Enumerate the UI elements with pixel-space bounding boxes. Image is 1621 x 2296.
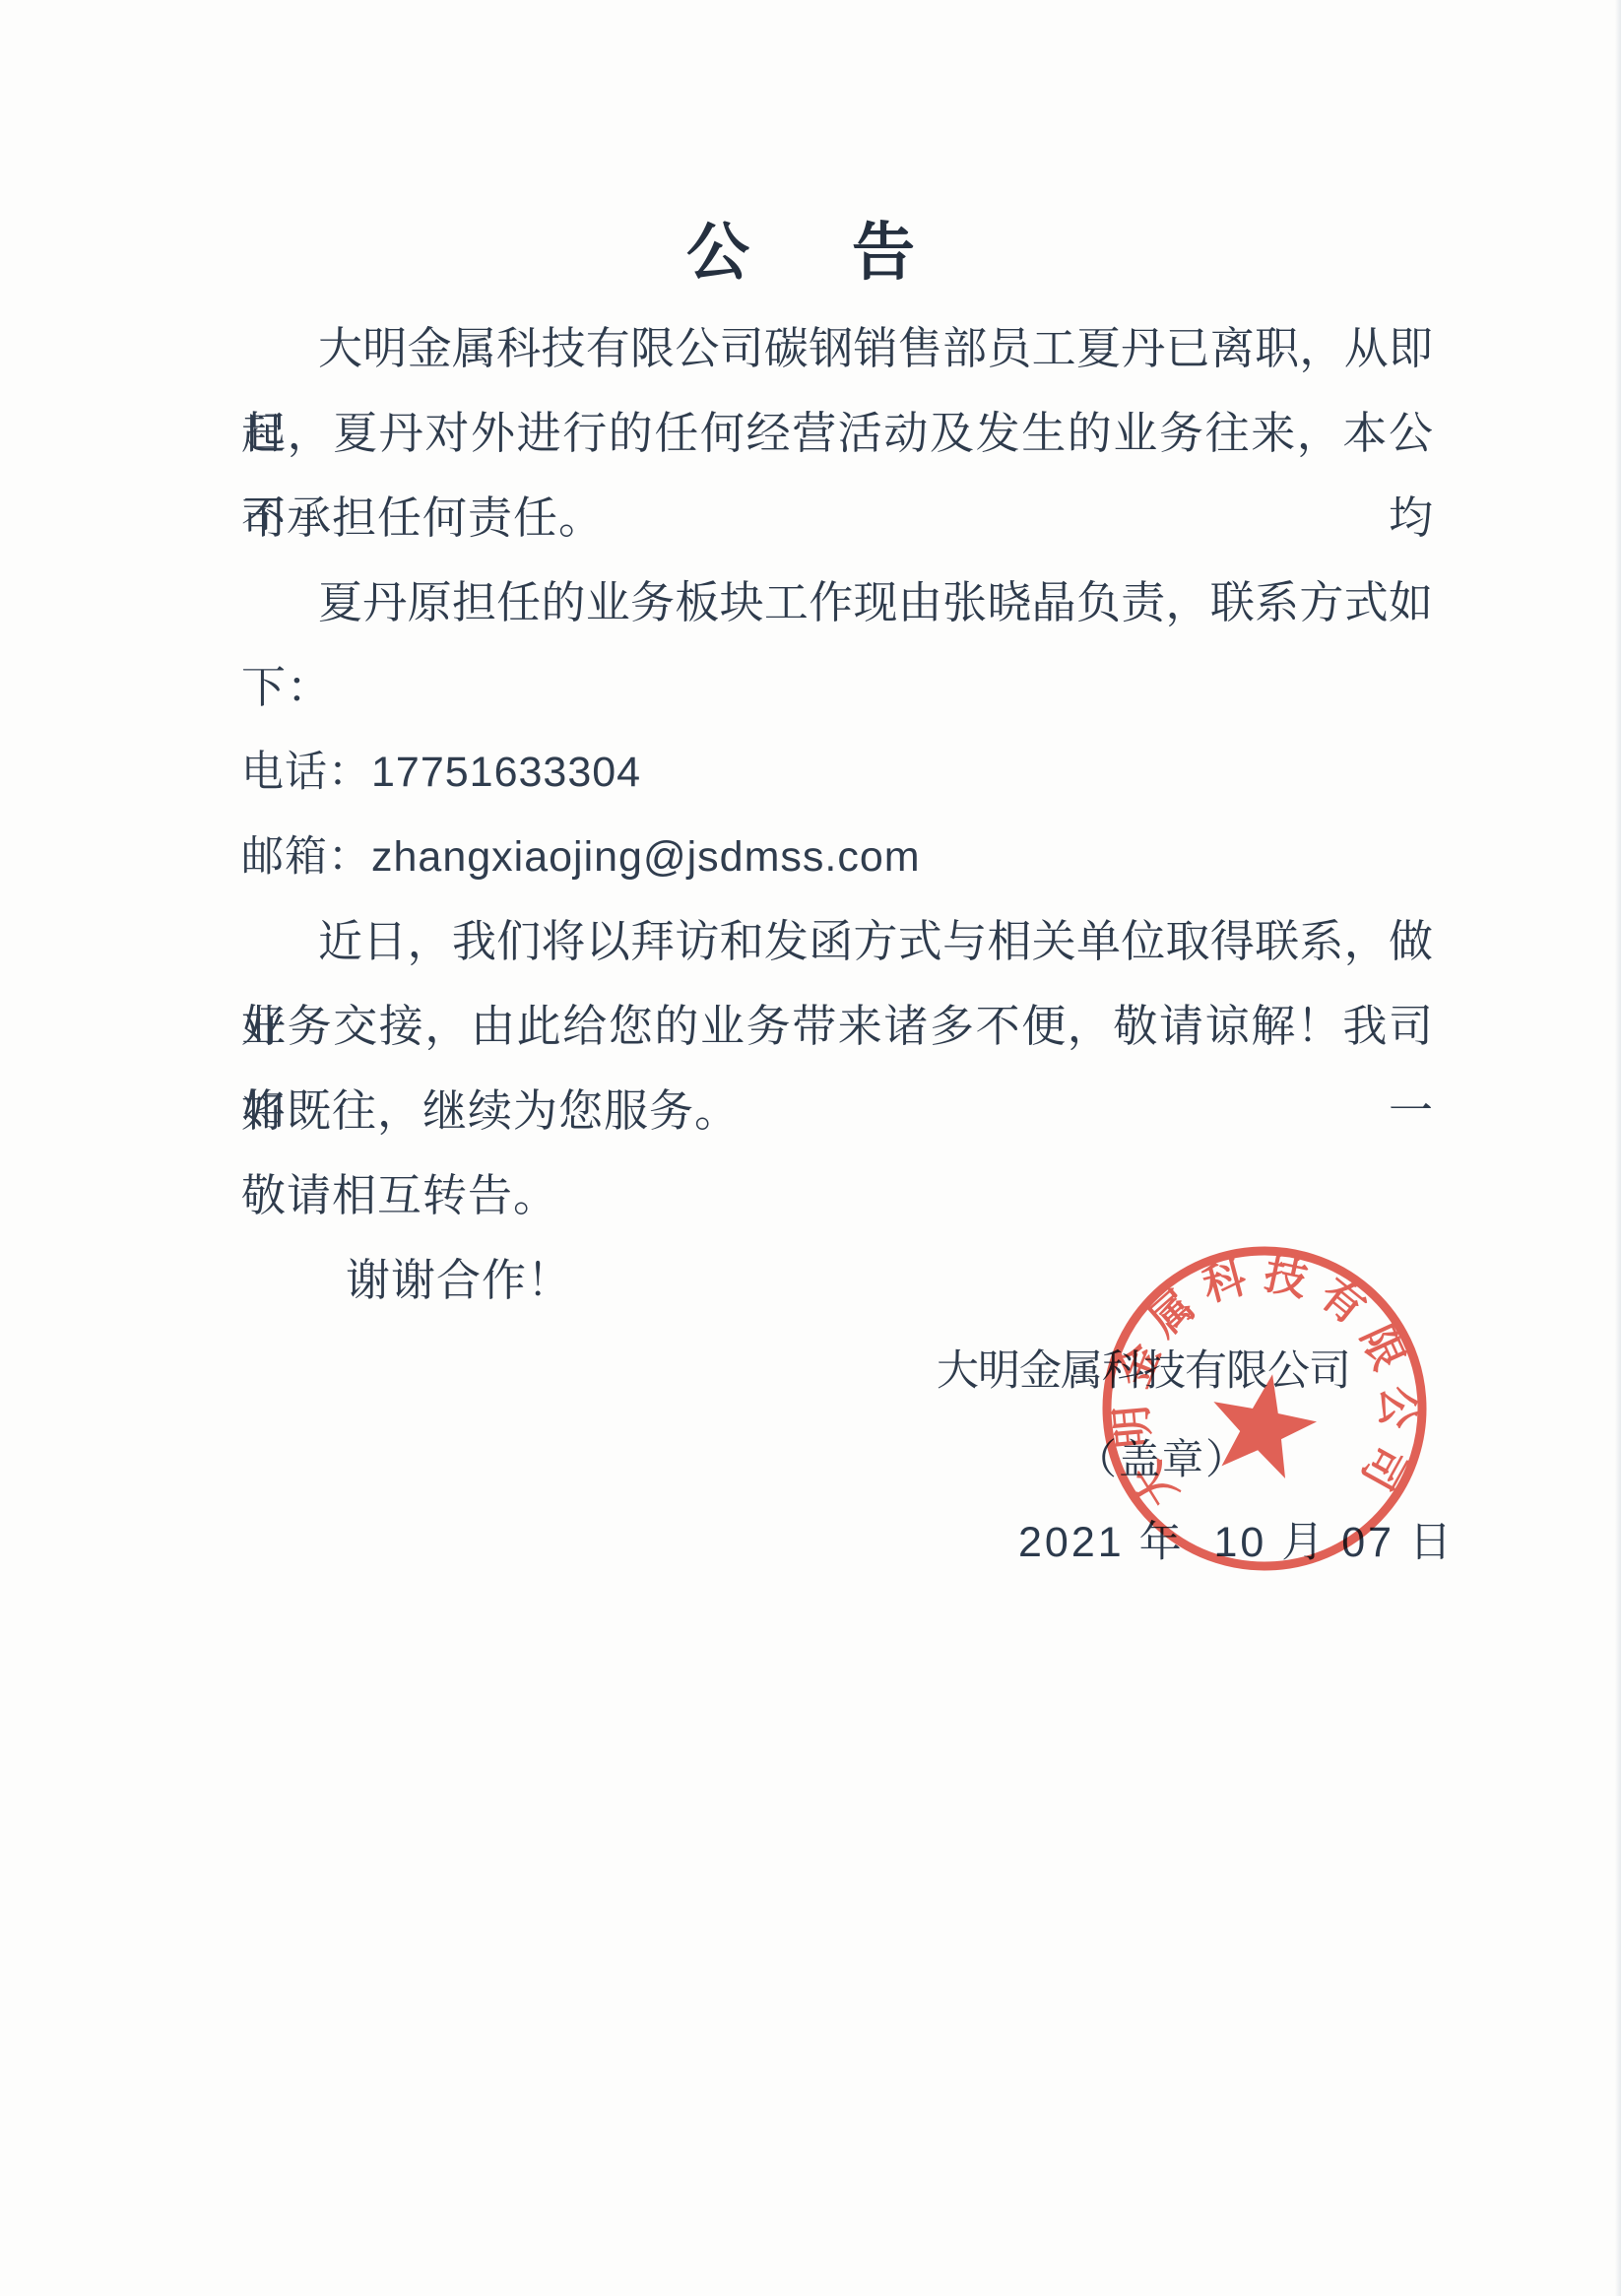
body-line-2: 起，夏丹对外进行的任何经营活动及发生的业务往来，本公司均 [241,391,1433,476]
seal-star-icon [1201,1364,1324,1482]
company-seal-stamp: 大明金属科技有限公司 [1088,1232,1442,1586]
body-line-phone: 电话：17751633304 [241,730,1433,815]
body-line-9: 业务交接，由此给您的业务带来诸多不便，敬请谅解！我司将一 [241,984,1433,1069]
body-line-email: 邮箱：zhangxiaojing@jsdmss.com [241,815,1433,899]
body-line-1: 大明金属科技有限公司碳钢销售部员工夏丹已离职，从即日 [241,306,1433,391]
body-line-11: 敬请相互转告。 [241,1153,1433,1238]
seal-graphic: 大明金属科技有限公司 [1088,1232,1442,1586]
announcement-body: 大明金属科技有限公司碳钢销售部员工夏丹已离职，从即日 起，夏丹对外进行的任何经营… [241,306,1433,1323]
body-line-4: 夏丹原担任的业务板块工作现由张晓晶负责，联系方式如 [241,560,1433,645]
page-title: 公 告 [0,202,1621,293]
body-line-5: 下： [241,645,1433,730]
body-line-8: 近日，我们将以拜访和发函方式与相关单位取得联系，做好 [241,899,1433,984]
seal-ring-text: 大明金属科技有限公司 [1099,1240,1429,1527]
announcement-page: 公 告 大明金属科技有限公司碳钢销售部员工夏丹已离职，从即日 起，夏丹对外进行的… [0,0,1621,2296]
